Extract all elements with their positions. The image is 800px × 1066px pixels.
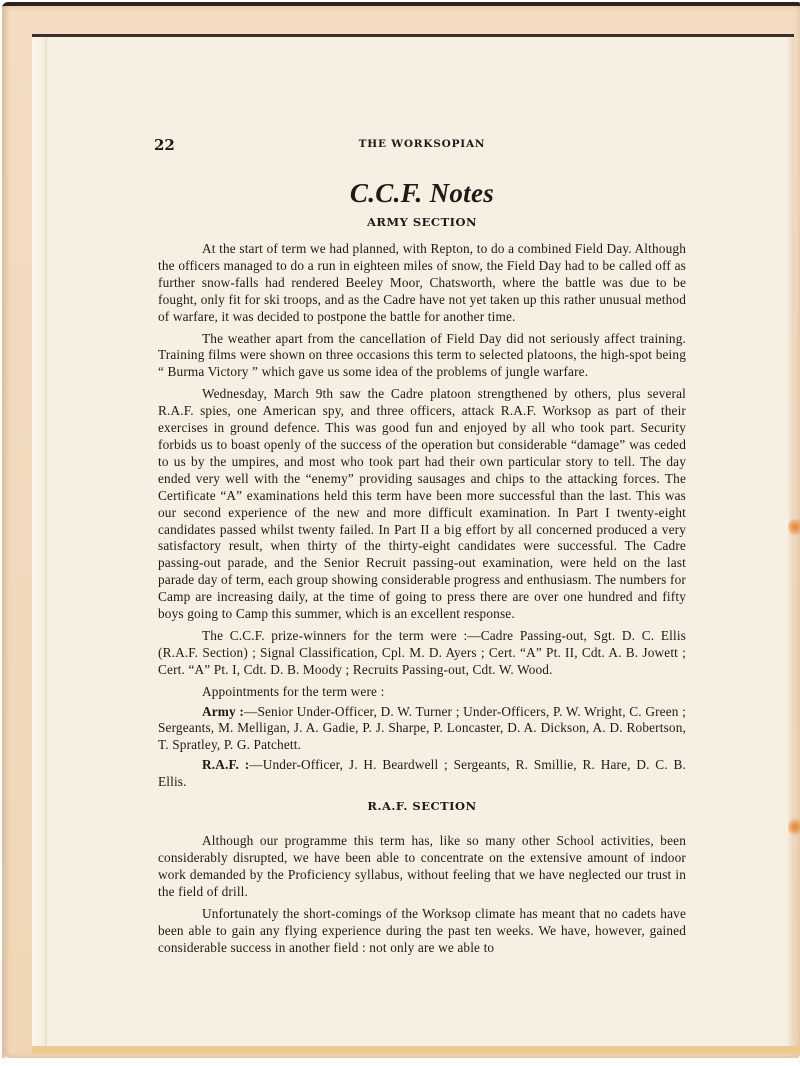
paragraph: The weather apart from the cancellation …	[158, 331, 686, 382]
paragraph: Appointments for the term were :	[158, 684, 686, 701]
foxing-stain	[788, 818, 800, 836]
paragraph: Wednesday, March 9th saw the Cadre plato…	[158, 386, 686, 623]
article-title: C.C.F. Notes	[158, 178, 686, 209]
paragraph: Although our programme this term has, li…	[158, 833, 686, 901]
appointments-raf: R.A.F. :—Under-Officer, J. H. Beardwell …	[158, 757, 686, 791]
text-column: 22 THE WORKSOPIAN C.C.F. Notes ARMY SECT…	[158, 136, 686, 961]
paragraph: The C.C.F. prize-winners for the term we…	[158, 628, 686, 679]
army-section-heading: ARMY SECTION	[158, 215, 686, 229]
appointment-lead: R.A.F. :	[202, 757, 249, 772]
appointments-army: Army :—Senior Under-Officer, D. W. Turne…	[158, 704, 686, 755]
cover-bottom-edge	[32, 1046, 800, 1054]
page-gutter-edge	[32, 37, 47, 1049]
journal-title: THE WORKSOPIAN	[158, 138, 686, 150]
paragraph: At the start of term we had planned, wit…	[158, 241, 686, 326]
page-right-edge	[788, 37, 794, 1049]
foxing-stain	[788, 518, 800, 536]
raf-section-heading: R.A.F. SECTION	[158, 799, 686, 813]
appointment-lead: Army :	[202, 704, 244, 719]
cover-shadow	[2, 6, 10, 1058]
running-head: 22 THE WORKSOPIAN	[158, 136, 686, 156]
paragraph: Unfortunately the short-comings of the W…	[158, 906, 686, 957]
